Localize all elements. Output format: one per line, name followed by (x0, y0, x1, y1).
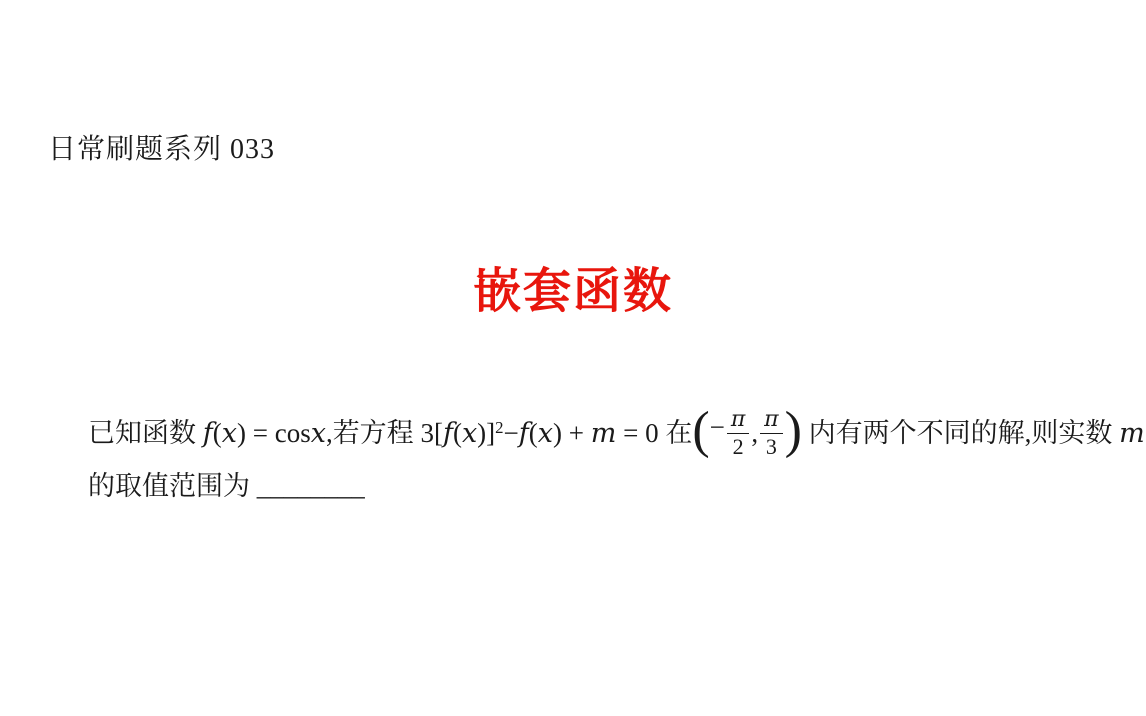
problem-text: 已知函数 f(x) = cosx,若方程 3[f(x)]2−f(x) + m =… (88, 402, 1128, 511)
math-big-right-paren: ) (785, 417, 802, 444)
math-paren: ) (553, 418, 562, 448)
series-label: 日常刷题系列 033 (48, 127, 275, 167)
math-minus: − (504, 418, 519, 448)
problem-cn-in: 在 (665, 418, 692, 448)
fraction-denominator: 3 (760, 434, 782, 459)
math-minus: − (710, 402, 725, 452)
problem-line-1: 已知函数 f(x) = cosx,若方程 3[f(x)]2−f(x) + m =… (88, 402, 1128, 461)
problem-cn-range: 的取值范围为 (88, 471, 257, 501)
math-f: f (519, 418, 529, 449)
page: 日常刷题系列 033 嵌套函数 已知函数 f(x) = cosx,若方程 3[f… (0, 0, 1146, 716)
math-x: x (222, 418, 237, 449)
math-comma: , (751, 418, 758, 448)
math-f: f (443, 418, 453, 449)
math-x: x (311, 418, 326, 449)
fraction-numerator: π (727, 408, 749, 434)
math-m: m (591, 418, 617, 449)
math-superscript-2: 2 (495, 418, 503, 437)
math-paren: ) (237, 418, 246, 448)
math-close-bracket: )] (477, 418, 495, 448)
math-equals-zero: = 0 (616, 418, 665, 448)
problem-line-2: 的取值范围为 ________ (88, 461, 1128, 511)
math-equals-cos: = cos (246, 418, 311, 448)
math-x: x (462, 418, 477, 449)
math-fraction-pi-3: π3 (760, 408, 782, 459)
answer-blank: ________ (257, 471, 365, 501)
problem-cn-if-equation: ,若方程 (326, 418, 421, 448)
math-fraction-pi-2: π2 (727, 408, 749, 459)
fraction-denominator: 2 (727, 434, 749, 459)
math-paren: ( (213, 418, 222, 448)
math-f: f (203, 418, 213, 449)
fraction-numerator: π (760, 408, 782, 434)
math-m: m (1119, 418, 1145, 449)
math-x: x (538, 418, 553, 449)
page-title: 嵌套函数 (0, 252, 1146, 321)
math-coefficient-bracket: 3[ (420, 418, 443, 448)
math-plus: + (562, 418, 591, 448)
math-paren: ( (529, 418, 538, 448)
math-big-left-paren: ( (692, 417, 709, 444)
problem-cn-two-solutions: 内有两个不同的解,则实数 (802, 418, 1119, 448)
math-paren: ( (453, 418, 462, 448)
problem-cn-given: 已知函数 (88, 418, 203, 448)
